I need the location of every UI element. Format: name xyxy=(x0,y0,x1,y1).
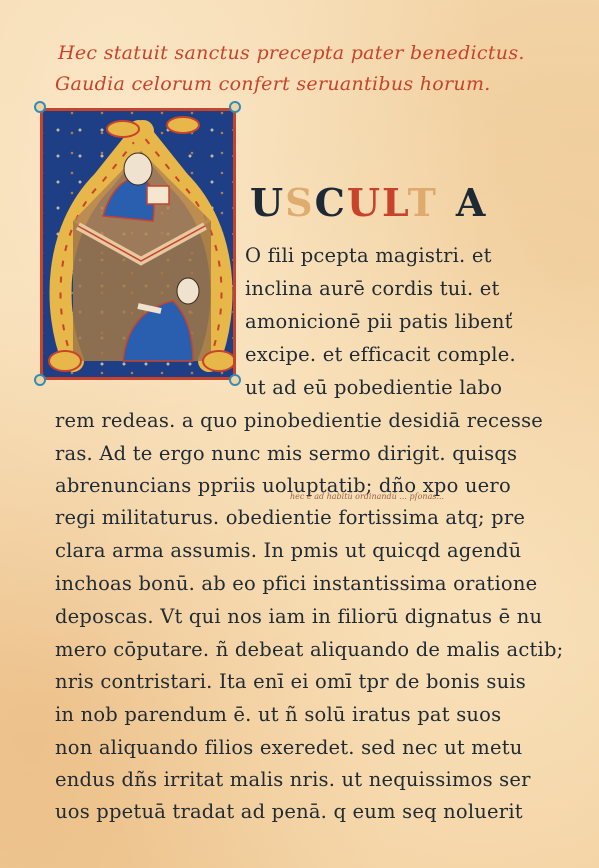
rubric-line-2: Gaudia celorum confert seruantibus horum… xyxy=(55,73,491,95)
marginal-gloss: hec ē ad habitū ordinandū ... pſonas... xyxy=(290,492,444,501)
text-line: amonicionē pii patis libenť xyxy=(245,310,513,333)
heading-letter: A xyxy=(456,180,487,225)
heading-letter: U xyxy=(250,180,285,225)
text-line: nris contristari. Ita enī ei omī tpr de … xyxy=(55,670,526,693)
corner-knob xyxy=(34,101,46,113)
dragon-letter-a-icon xyxy=(43,111,236,380)
text-line: mero cōputare. ñ debeat aliquando de mal… xyxy=(55,638,563,661)
heading-letter: UL xyxy=(347,180,408,225)
rubric-line-1: Hec statuit sanctus precepta pater bened… xyxy=(58,42,525,64)
corner-knob xyxy=(229,374,241,386)
text-line: regi militaturus. obedientie fortissima … xyxy=(55,506,525,529)
text-line: inchoas bonū. ab eo pfici instantissima … xyxy=(55,572,537,595)
heading-letter: T xyxy=(408,180,438,225)
corner-knob xyxy=(229,101,241,113)
historiated-initial xyxy=(40,108,236,380)
text-line: O fili pcepta magistri. et xyxy=(245,244,492,267)
text-line: excipe. et efficacit comple. xyxy=(245,343,516,366)
text-line: ut ad eū pobedientie labo xyxy=(245,376,502,399)
text-line: ras. Ad te ergo nunc mis sermo dirigit. … xyxy=(55,442,517,465)
text-line: uos ppetuā tradat ad penā. q eum seq nol… xyxy=(55,800,523,823)
text-line: deposcas. Vt qui nos iam in filiorū dign… xyxy=(55,605,542,628)
text-line: clara arma assumis. In pmis ut quicqd ag… xyxy=(55,539,521,562)
heading-letter: C xyxy=(315,180,347,225)
text-line: inclina aurē cordis tui. et xyxy=(245,277,500,300)
text-line: rem redeas. a quo pinobedientie desidiā … xyxy=(55,409,543,432)
corner-knob xyxy=(34,374,46,386)
manuscript-page: Hec statuit sanctus precepta pater bened… xyxy=(0,0,599,868)
display-heading: USCULTA xyxy=(250,180,487,225)
text-line: endus dñs irritat malis nris. ut nequiss… xyxy=(55,768,531,791)
text-line: in nob parendum ē. ut ñ solū iratus pat … xyxy=(55,703,501,726)
heading-letter: S xyxy=(285,180,314,225)
text-line: non aliquando filios exeredet. sed nec u… xyxy=(55,736,523,759)
